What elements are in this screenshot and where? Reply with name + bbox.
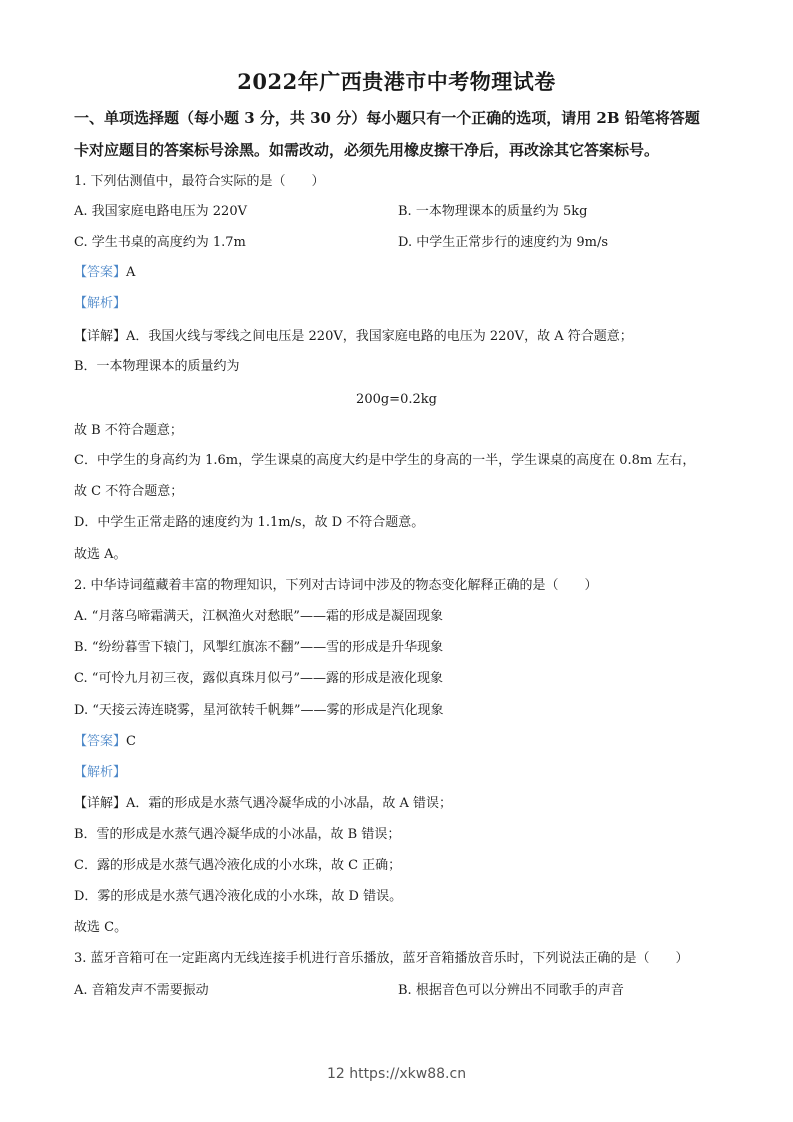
analysis-label: 【解析】 xyxy=(74,765,126,780)
question-3-option-a: A. 音箱发声不需要振动 xyxy=(74,982,209,1000)
question-2-explanation-b: B．雪的形成是水蒸气遇冷凝华成的小冰晶，故 B 错误； xyxy=(74,826,400,844)
question-1-explanation-a: 【详解】A．我国火线与零线之间电压是 220V，我国家庭电路的电压为 220V，… xyxy=(74,328,633,346)
question-1-option-a: A. 我国家庭电路电压为 220V xyxy=(74,203,247,221)
question-3-stem: 3. 蓝牙音箱可在一定距离内无线连接手机进行音乐播放，蓝牙音箱播放音乐时，下列说… xyxy=(74,950,689,968)
answer-label: 【答案】 xyxy=(74,265,126,280)
question-2-answer: 【答案】C xyxy=(74,733,136,751)
question-2-final-choice: 故选 C。 xyxy=(74,919,127,937)
answer-label: 【答案】 xyxy=(74,734,126,749)
question-1-stem: 1. 下列估测值中，最符合实际的是（ ） xyxy=(74,173,325,191)
question-1-explanation-c-conclusion: 故 C 不符合题意； xyxy=(74,483,183,501)
section-heading: 一、单项选择题（每小题 3 分，共 30 分）每小题只有一个正确的选项，请用 2… xyxy=(74,102,724,166)
question-1-explanation-d: D．中学生正常走路的速度约为 1.1m/s，故 D 不符合题意。 xyxy=(74,514,424,532)
question-2-explanation-c: C．露的形成是水蒸气遇冷液化成的小水珠，故 C 正确； xyxy=(74,857,401,875)
question-2-option-a: A. “月落乌啼霜满天，江枫渔火对愁眠”——霜的形成是凝固现象 xyxy=(74,608,443,626)
question-1-answer: 【答案】A xyxy=(74,264,135,282)
answer-value: C xyxy=(126,734,136,749)
section-heading-line-2: 卡对应题目的答案标号涂黑。如需改动，必须先用橡皮擦干净后，再改涂其它答案标号。 xyxy=(74,134,724,166)
question-2-option-b: B. “纷纷暮雪下辕门，风掣红旗冻不翻”——雪的形成是升华现象 xyxy=(74,639,443,657)
document-title: 2022年广西贵港市中考物理试卷 xyxy=(0,66,793,96)
question-2-stem: 2. 中华诗词蕴藏着丰富的物理知识，下列对古诗词中涉及的物态变化解释正确的是（ … xyxy=(74,577,598,595)
question-1-explanation-c: C．中学生的身高约为 1.6m，学生课桌的高度大约是中学生的身高的一半，学生课桌… xyxy=(74,452,695,470)
section-heading-line-1: 一、单项选择题（每小题 3 分，共 30 分）每小题只有一个正确的选项，请用 2… xyxy=(74,102,724,134)
question-1-option-d: D. 中学生正常步行的速度约为 9m/s xyxy=(398,234,608,252)
question-1-analysis-label: 【解析】 xyxy=(74,295,126,313)
question-3-option-b: B. 根据音色可以分辨出不同歌手的声音 xyxy=(398,982,624,1000)
answer-value: A xyxy=(126,265,135,280)
question-2-analysis-label: 【解析】 xyxy=(74,764,126,782)
question-1-final-choice: 故选 A。 xyxy=(74,546,127,564)
question-2-option-d: D. “天接云涛连晓雾，星河欲转千帆舞”——雾的形成是汽化现象 xyxy=(74,702,444,720)
question-1-option-c: C. 学生书桌的高度约为 1.7m xyxy=(74,234,246,252)
detail-label: 【详解】 xyxy=(74,329,126,344)
question-2-option-c: C. “可怜九月初三夜，露似真珠月似弓”——露的形成是液化现象 xyxy=(74,670,443,688)
question-1-explanation-b-conclusion: 故 B 不符合题意； xyxy=(74,422,183,440)
analysis-label: 【解析】 xyxy=(74,296,126,311)
question-1-equation: 200g=0.2kg xyxy=(0,391,793,409)
question-1-option-b: B. 一本物理课本的质量约为 5kg xyxy=(398,203,587,221)
question-2-explanation-d: D．雾的形成是水蒸气遇冷液化成的小水珠，故 D 错误。 xyxy=(74,888,402,906)
question-2-explanation-a: 【详解】A．霜的形成是水蒸气遇冷凝华成的小冰晶，故 A 错误； xyxy=(74,795,452,813)
question-1-explanation-b: B．一本物理课本的质量约为 xyxy=(74,358,240,376)
document-page: 2022年广西贵港市中考物理试卷 一、单项选择题（每小题 3 分，共 30 分）… xyxy=(0,0,793,1122)
page-footer: 12 https://xkw88.cn xyxy=(0,1066,793,1082)
detail-label: 【详解】 xyxy=(74,796,126,811)
